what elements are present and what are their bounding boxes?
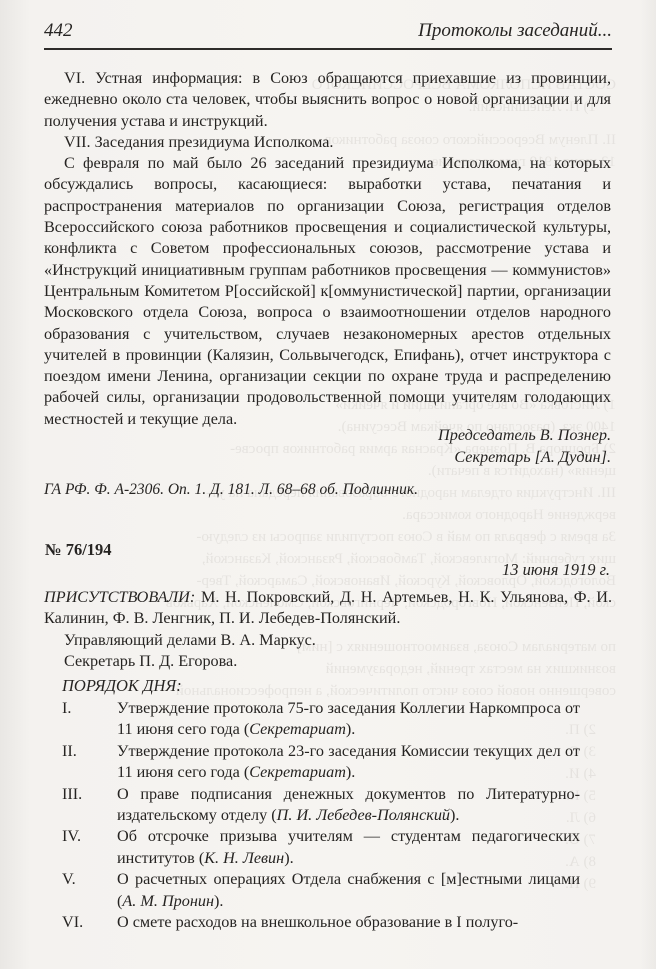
agenda-item-text: О праве подписания денежных документов п… — [117, 784, 580, 827]
agenda-item-speaker: К. Н. Левин — [204, 849, 284, 867]
paragraph-presidium-heading: VII. Заседания президиума Исполкома. — [44, 132, 611, 153]
agenda-item: VI. О смете расходов на внешкольное обра… — [62, 912, 580, 933]
agenda-item-number: I. — [62, 698, 117, 741]
agenda-title: ПОРЯДОК ДНЯ: — [62, 676, 182, 696]
report-body: VI. Устная информация: в Союз обращаются… — [44, 68, 611, 430]
attendees-label: ПРИСУТСТВОВАЛИ: — [44, 588, 195, 606]
agenda-item-number: V. — [62, 869, 117, 912]
document-date: 13 июня 1919 г. — [502, 560, 610, 580]
agenda-item: V. О расчетных операциях Отдела снабжени… — [62, 869, 580, 912]
manager-line: Управляющий делами В. А. Маркус. — [44, 630, 612, 651]
agenda-item-speaker: П. И. Лебедев-Полянский — [277, 806, 450, 824]
attendees-line: ПРИСУТСТВОВАЛИ: М. Н. Покровский, Д. Н. … — [44, 587, 612, 630]
agenda-item: III. О праве подписания денежных докумен… — [62, 784, 580, 827]
agenda-item-text: О расчетных операциях Отдела снабжения с… — [117, 869, 580, 912]
agenda-item-number: IV. — [62, 826, 117, 869]
header-rule — [44, 48, 612, 50]
agenda-item-text: О смете расходов на внешкольное образова… — [117, 912, 580, 933]
signatures: Председатель В. Познер. Секретарь [А. Ду… — [438, 424, 611, 468]
agenda-item-text: Об отсрочке призыва учителям — студентам… — [117, 826, 580, 869]
agenda-item: II. Утверждение протокола 23-го заседани… — [62, 741, 580, 784]
signature-secretary: Секретарь [А. Дудин]. — [438, 446, 611, 468]
agenda-item: I. Утверждение протокола 75-го заседания… — [62, 698, 580, 741]
page-number: 442 — [44, 20, 73, 42]
archival-source: ГА РФ. Ф. А-2306. Оп. 1. Д. 181. Л. 68–6… — [44, 481, 418, 499]
agenda-item-text: Утверждение протокола 75-го заседания Ко… — [117, 698, 580, 741]
agenda-item-speaker: Секретариат — [249, 763, 346, 781]
agenda-item-speaker: Секретариат — [249, 720, 346, 738]
agenda-item-number: III. — [62, 784, 117, 827]
agenda-item: IV. Об отсрочке призыва учителям — студе… — [62, 826, 580, 869]
signature-chairman: Председатель В. Познер. — [438, 424, 611, 446]
agenda-item-number: VI. — [62, 912, 117, 933]
secretary-line: Секретарь П. Д. Егорова. — [44, 651, 612, 672]
attendees-section: ПРИСУТСТВОВАЛИ: М. Н. Покровский, Д. Н. … — [44, 587, 612, 672]
agenda-item-text: Утверждение протокола 23-го заседания Ко… — [117, 741, 580, 784]
paragraph-presidium-details: С февраля по май было 26 заседаний прези… — [44, 153, 611, 430]
paragraph-oral-info: VI. Устная информация: в Союз обращаются… — [44, 68, 611, 132]
agenda-item-speaker: А. М. Пронин — [122, 892, 214, 910]
agenda-list: I. Утверждение протокола 75-го заседания… — [62, 698, 580, 933]
running-title: Протоколы заседаний... — [418, 20, 612, 42]
agenda-item-number: II. — [62, 741, 117, 784]
running-head: 442 Протоколы заседаний... — [44, 20, 612, 46]
document-number: № 76/194 — [45, 540, 112, 560]
